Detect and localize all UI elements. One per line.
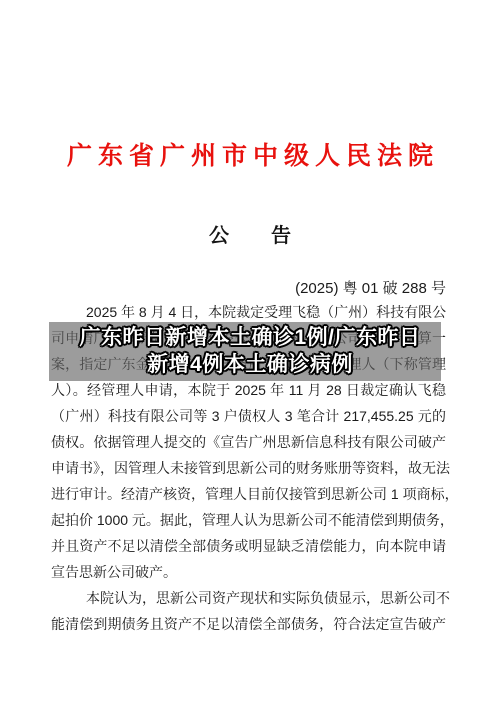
body-line: 能清偿到期债务且资产不足以清偿全部债务，符合法定宣告破产 bbox=[51, 611, 446, 637]
news-headline: 广东昨日新增本土确诊1例/广东昨日 新增4例本土确诊病例 bbox=[0, 324, 500, 378]
body-line: 并且资产不足以清偿全部债务或明显缺乏清偿能力，向本院申请 bbox=[51, 533, 446, 559]
body-line: 进行审计。经清产核资，管理人目前仅接管到思新公司 1 项商标， bbox=[51, 481, 446, 507]
body-line: 申请书》，因管理人未接管到思新公司的财务账册等资料，故无法 bbox=[51, 455, 446, 481]
body-line: （广州）科技有限公司等 3 户债权人 3 笔合计 217,455.25 元的 bbox=[51, 403, 446, 429]
announcement-title-text: 公告 bbox=[209, 225, 333, 247]
news-headline-line2: 新增4例本土确诊病例 bbox=[0, 351, 500, 378]
body-line: 起拍价 1000 元。据此，管理人认为思新公司不能清偿到期债务， bbox=[51, 507, 446, 533]
news-headline-line1: 广东昨日新增本土确诊1例/广东昨日 bbox=[0, 324, 500, 351]
body-line: 本院认为，思新公司资产现状和实际负债显示，思新公司不 bbox=[51, 585, 446, 611]
announcement-title: 公告 bbox=[0, 219, 500, 248]
body-line: 债权。依据管理人提交的《宣告广州思新信息科技有限公司破产 bbox=[51, 429, 446, 455]
court-announcement-document: 广东省广州市中级人民法院 公告 (2025) 粤 01 破 288 号 2025… bbox=[0, 0, 500, 706]
court-name-heading: 广东省广州市中级人民法院 bbox=[0, 136, 500, 172]
case-number: (2025) 粤 01 破 288 号 bbox=[295, 277, 446, 298]
court-name-text: 广东省广州市中级人民法院 bbox=[67, 143, 439, 170]
body-line: 宣告思新公司破产。 bbox=[51, 559, 446, 585]
